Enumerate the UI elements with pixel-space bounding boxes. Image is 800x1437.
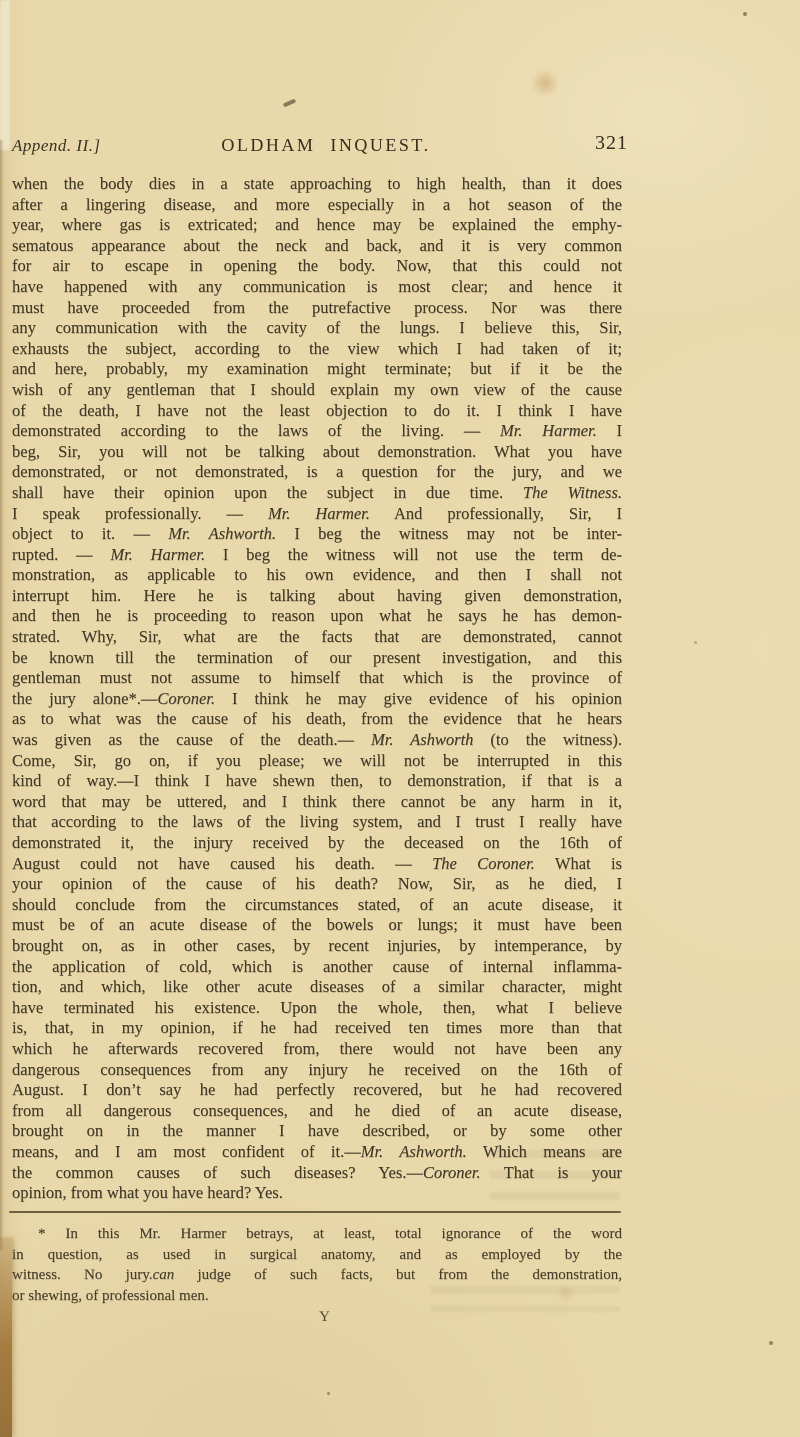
text-line: word that may be uttered, and I think th… — [12, 792, 622, 813]
text-run: brought on, as in other cases, by recent… — [12, 936, 622, 955]
text-run: opinion, from what you have heard? Yes. — [12, 1183, 283, 1202]
text-run: as to what was the cause of his death, f… — [12, 709, 622, 728]
text-run: monstration, as applicable to his own ev… — [12, 565, 622, 584]
text-line: after a lingering disease, and more espe… — [12, 195, 622, 216]
text-run: when the body dies in a state approachin… — [12, 174, 622, 193]
text-line: must be of an acute disease of the bowel… — [12, 915, 622, 936]
text-run: sematous appearance about the neck and b… — [12, 236, 622, 255]
text-run: August could not have caused his death. … — [12, 854, 432, 873]
running-title: OLDHAM INQUEST. — [221, 135, 430, 156]
text-run: be known till the termination of our pre… — [12, 648, 622, 667]
page-number: 321 — [595, 132, 628, 155]
text-run: the jury alone*.— — [12, 689, 157, 708]
text-run: that according to the laws of the living… — [12, 812, 622, 831]
text-line: kind of way.—I think I have shewn then, … — [12, 771, 622, 792]
text-run: have terminated his existence. Upon the … — [12, 998, 622, 1017]
text-run: or shewing, of professional men. — [12, 1288, 209, 1304]
text-run: interrupt him. Here he is talking about … — [12, 586, 622, 605]
text-line: dangerous consequences from any injury h… — [12, 1060, 622, 1081]
text-run: the common causes of such diseases? Yes.… — [12, 1163, 423, 1182]
paper-speck — [694, 641, 697, 644]
text-run: exhausts the subject, according to the v… — [12, 339, 622, 358]
body-text: when the body dies in a state approachin… — [12, 174, 622, 1204]
text-run: And professionally, Sir, I — [370, 504, 622, 523]
appendix-label: Append. II.] — [12, 136, 101, 156]
signature-mark: Y — [20, 1309, 630, 1326]
page-edge-highlight — [0, 0, 10, 150]
text-line: is, that, in my opinion, if he had recei… — [12, 1018, 622, 1039]
scanned-page: Append. II.] OLDHAM INQUEST. 321 when th… — [0, 0, 800, 1437]
text-line: for air to escape in opening the body. N… — [12, 256, 622, 277]
text-line: demonstrated it, the injury received by … — [12, 833, 622, 854]
text-line: brought on, as in other cases, by recent… — [12, 936, 622, 957]
text-run: Come, Sir, go on, if you please; we will… — [12, 751, 622, 770]
text-run: and here, probably, my examination might… — [12, 359, 622, 378]
text-line: strated. Why, Sir, what are the facts th… — [12, 627, 622, 648]
footnote-line: or shewing, of professional men. — [12, 1286, 622, 1307]
text-line: should conclude from the circumstances s… — [12, 895, 622, 916]
text-run: wish of any gentleman that I should expl… — [12, 380, 622, 399]
text-run: which he afterwards recovered from, ther… — [12, 1039, 622, 1058]
text-line: the jury alone*.—Coroner. I think he may… — [12, 689, 622, 710]
text-run: witness. No jury. — [12, 1267, 153, 1283]
text-line: opinion, from what you have heard? Yes. — [12, 1183, 622, 1204]
text-line: object to it. — Mr. Ashworth. I beg the … — [12, 524, 622, 545]
text-run: object to it. — — [12, 524, 168, 543]
text-run: from all dangerous consequences, and he … — [12, 1101, 622, 1120]
footnote-rule — [9, 1211, 621, 1213]
text-line: be known till the termination of our pre… — [12, 648, 622, 669]
text-run: in question, as used in surgical anatomy… — [12, 1247, 622, 1263]
text-line: any communication with the cavity of the… — [12, 318, 622, 339]
text-line: as to what was the cause of his death, f… — [12, 709, 622, 730]
text-run: should conclude from the circumstances s… — [12, 895, 622, 914]
text-run: your opinion of the cause of his death? … — [12, 874, 622, 893]
speaker-name: Mr. Ashworth. — [168, 524, 276, 543]
text-line: I speak professionally. — Mr. Harmer. An… — [12, 504, 622, 525]
speaker-name: Coroner. — [423, 1163, 481, 1182]
text-line: that according to the laws of the living… — [12, 812, 622, 833]
text-line: and here, probably, my examination might… — [12, 359, 622, 380]
text-run: demonstrated, or not demonstrated, is a … — [12, 462, 622, 481]
text-run: * In this Mr. Harmer betrays, at least, … — [38, 1226, 622, 1242]
speaker-name: Coroner. — [157, 689, 215, 708]
text-run: tion, and which, like other acute diseas… — [12, 977, 622, 996]
text-run: strated. Why, Sir, what are the facts th… — [12, 627, 622, 646]
text-line: brought on in the manner I have describe… — [12, 1121, 622, 1142]
text-run: was given as the cause of the death.— — [12, 730, 371, 749]
text-line: year, where gas is extricated; and hence… — [12, 215, 622, 236]
text-line: the common causes of such diseases? Yes.… — [12, 1163, 622, 1184]
text-run: I think he may give evidence of his opin… — [215, 689, 622, 708]
text-line: August could not have caused his death. … — [12, 854, 622, 875]
text-run: any communication with the cavity of the… — [12, 318, 622, 337]
text-run: the application of cold, which is anothe… — [12, 957, 622, 976]
text-run: must be of an acute disease of the bowel… — [12, 915, 622, 934]
text-run: word that may be uttered, and I think th… — [12, 792, 622, 811]
speaker-name: The Coroner. — [432, 854, 535, 873]
footnote: * In this Mr. Harmer betrays, at least, … — [12, 1224, 622, 1307]
text-run: is, that, in my opinion, if he had recei… — [12, 1018, 622, 1037]
page-edge-shadow — [0, 140, 4, 1250]
text-run: I beg the witness may not be inter- — [276, 524, 622, 543]
speaker-name: Mr. Harmer. — [110, 545, 205, 564]
text-run: of the death, I have not the least objec… — [12, 401, 622, 420]
footnote-line: in question, as used in surgical anatomy… — [12, 1245, 622, 1266]
text-line: tion, and which, like other acute diseas… — [12, 977, 622, 998]
text-line: and then he is proceeding to reason upon… — [12, 606, 622, 627]
speaker-name: Mr. Harmer. — [268, 504, 370, 523]
text-line: gentleman must not assume to himself tha… — [12, 668, 622, 689]
speaker-name: Mr. Ashworth. — [361, 1142, 467, 1161]
text-line: beg, Sir, you will not be talking about … — [12, 442, 622, 463]
paper-speck — [743, 12, 747, 16]
text-run: and then he is proceeding to reason upon… — [12, 606, 622, 625]
text-line: the application of cold, which is anothe… — [12, 957, 622, 978]
text-line: sematous appearance about the neck and b… — [12, 236, 622, 257]
running-header: Append. II.] OLDHAM INQUEST. 321 — [0, 134, 800, 160]
text-line: interrupt him. Here he is talking about … — [12, 586, 622, 607]
text-line: exhausts the subject, according to the v… — [12, 339, 622, 360]
text-line: wish of any gentleman that I should expl… — [12, 380, 622, 401]
paper-stain — [530, 70, 560, 96]
text-line: when the body dies in a state approachin… — [12, 174, 622, 195]
footnote-line: * In this Mr. Harmer betrays, at least, … — [12, 1224, 622, 1245]
text-run: year, where gas is extricated; and hence… — [12, 215, 622, 234]
text-line: rupted. — Mr. Harmer. I beg the witness … — [12, 545, 622, 566]
text-run: Which means are — [467, 1142, 622, 1161]
text-run: shall have their opinion upon the subjec… — [12, 483, 523, 502]
text-run: beg, Sir, you will not be talking about … — [12, 442, 622, 461]
text-run: after a lingering disease, and more espe… — [12, 195, 622, 214]
text-line: demonstrated according to the laws of th… — [12, 421, 622, 442]
text-line: August. I don’t say he had perfectly rec… — [12, 1080, 622, 1101]
text-line: which he afterwards recovered from, ther… — [12, 1039, 622, 1060]
footnote-line: witness. No jury.can judge of such facts… — [12, 1265, 622, 1286]
text-run: demonstrated according to the laws of th… — [12, 421, 500, 440]
text-run: August. I don’t say he had perfectly rec… — [12, 1080, 622, 1099]
text-run: must have proceeded from the putrefactiv… — [12, 298, 622, 317]
text-line: demonstrated, or not demonstrated, is a … — [12, 462, 622, 483]
text-line: must have proceeded from the putrefactiv… — [12, 298, 622, 319]
speaker-name: Mr. Ashworth — [371, 730, 473, 749]
text-run: have happened with any communication is … — [12, 277, 622, 296]
text-line: your opinion of the cause of his death? … — [12, 874, 622, 895]
text-run: I beg the witness will not use the term … — [205, 545, 622, 564]
ink-mark — [283, 99, 297, 108]
text-run: dangerous consequences from any injury h… — [12, 1060, 622, 1079]
paper-speck — [769, 1341, 773, 1345]
text-run: for air to escape in opening the body. N… — [12, 256, 622, 275]
text-line: have terminated his existence. Upon the … — [12, 998, 622, 1019]
text-run: brought on in the manner I have describe… — [12, 1121, 622, 1140]
text-run: rupted. — — [12, 545, 110, 564]
text-run: I — [597, 421, 622, 440]
text-run: That is your — [481, 1163, 622, 1182]
text-run: means, and I am most confident of it.— — [12, 1142, 361, 1161]
text-line: from all dangerous consequences, and he … — [12, 1101, 622, 1122]
text-line: means, and I am most confident of it.—Mr… — [12, 1142, 622, 1163]
text-run: demonstrated it, the injury received by … — [12, 833, 622, 852]
speaker-name: can — [153, 1267, 175, 1283]
text-line: Come, Sir, go on, if you please; we will… — [12, 751, 622, 772]
text-run: gentleman must not assume to himself tha… — [12, 668, 622, 687]
text-line: have happened with any communication is … — [12, 277, 622, 298]
text-run: (to the witness). — [473, 730, 622, 749]
speaker-name: The Witness. — [523, 483, 622, 502]
text-run: What is — [535, 854, 622, 873]
text-run: judge of such facts, but from the demons… — [174, 1267, 622, 1283]
speaker-name: Mr. Harmer. — [500, 421, 597, 440]
text-run: I speak professionally. — — [12, 504, 268, 523]
text-line: monstration, as applicable to his own ev… — [12, 565, 622, 586]
text-line: shall have their opinion upon the subjec… — [12, 483, 622, 504]
book-binding-edge — [0, 1238, 12, 1437]
text-line: of the death, I have not the least objec… — [12, 401, 622, 422]
paper-speck — [327, 1392, 330, 1395]
text-run: kind of way.—I think I have shewn then, … — [12, 771, 622, 790]
text-line: was given as the cause of the death.— Mr… — [12, 730, 622, 751]
